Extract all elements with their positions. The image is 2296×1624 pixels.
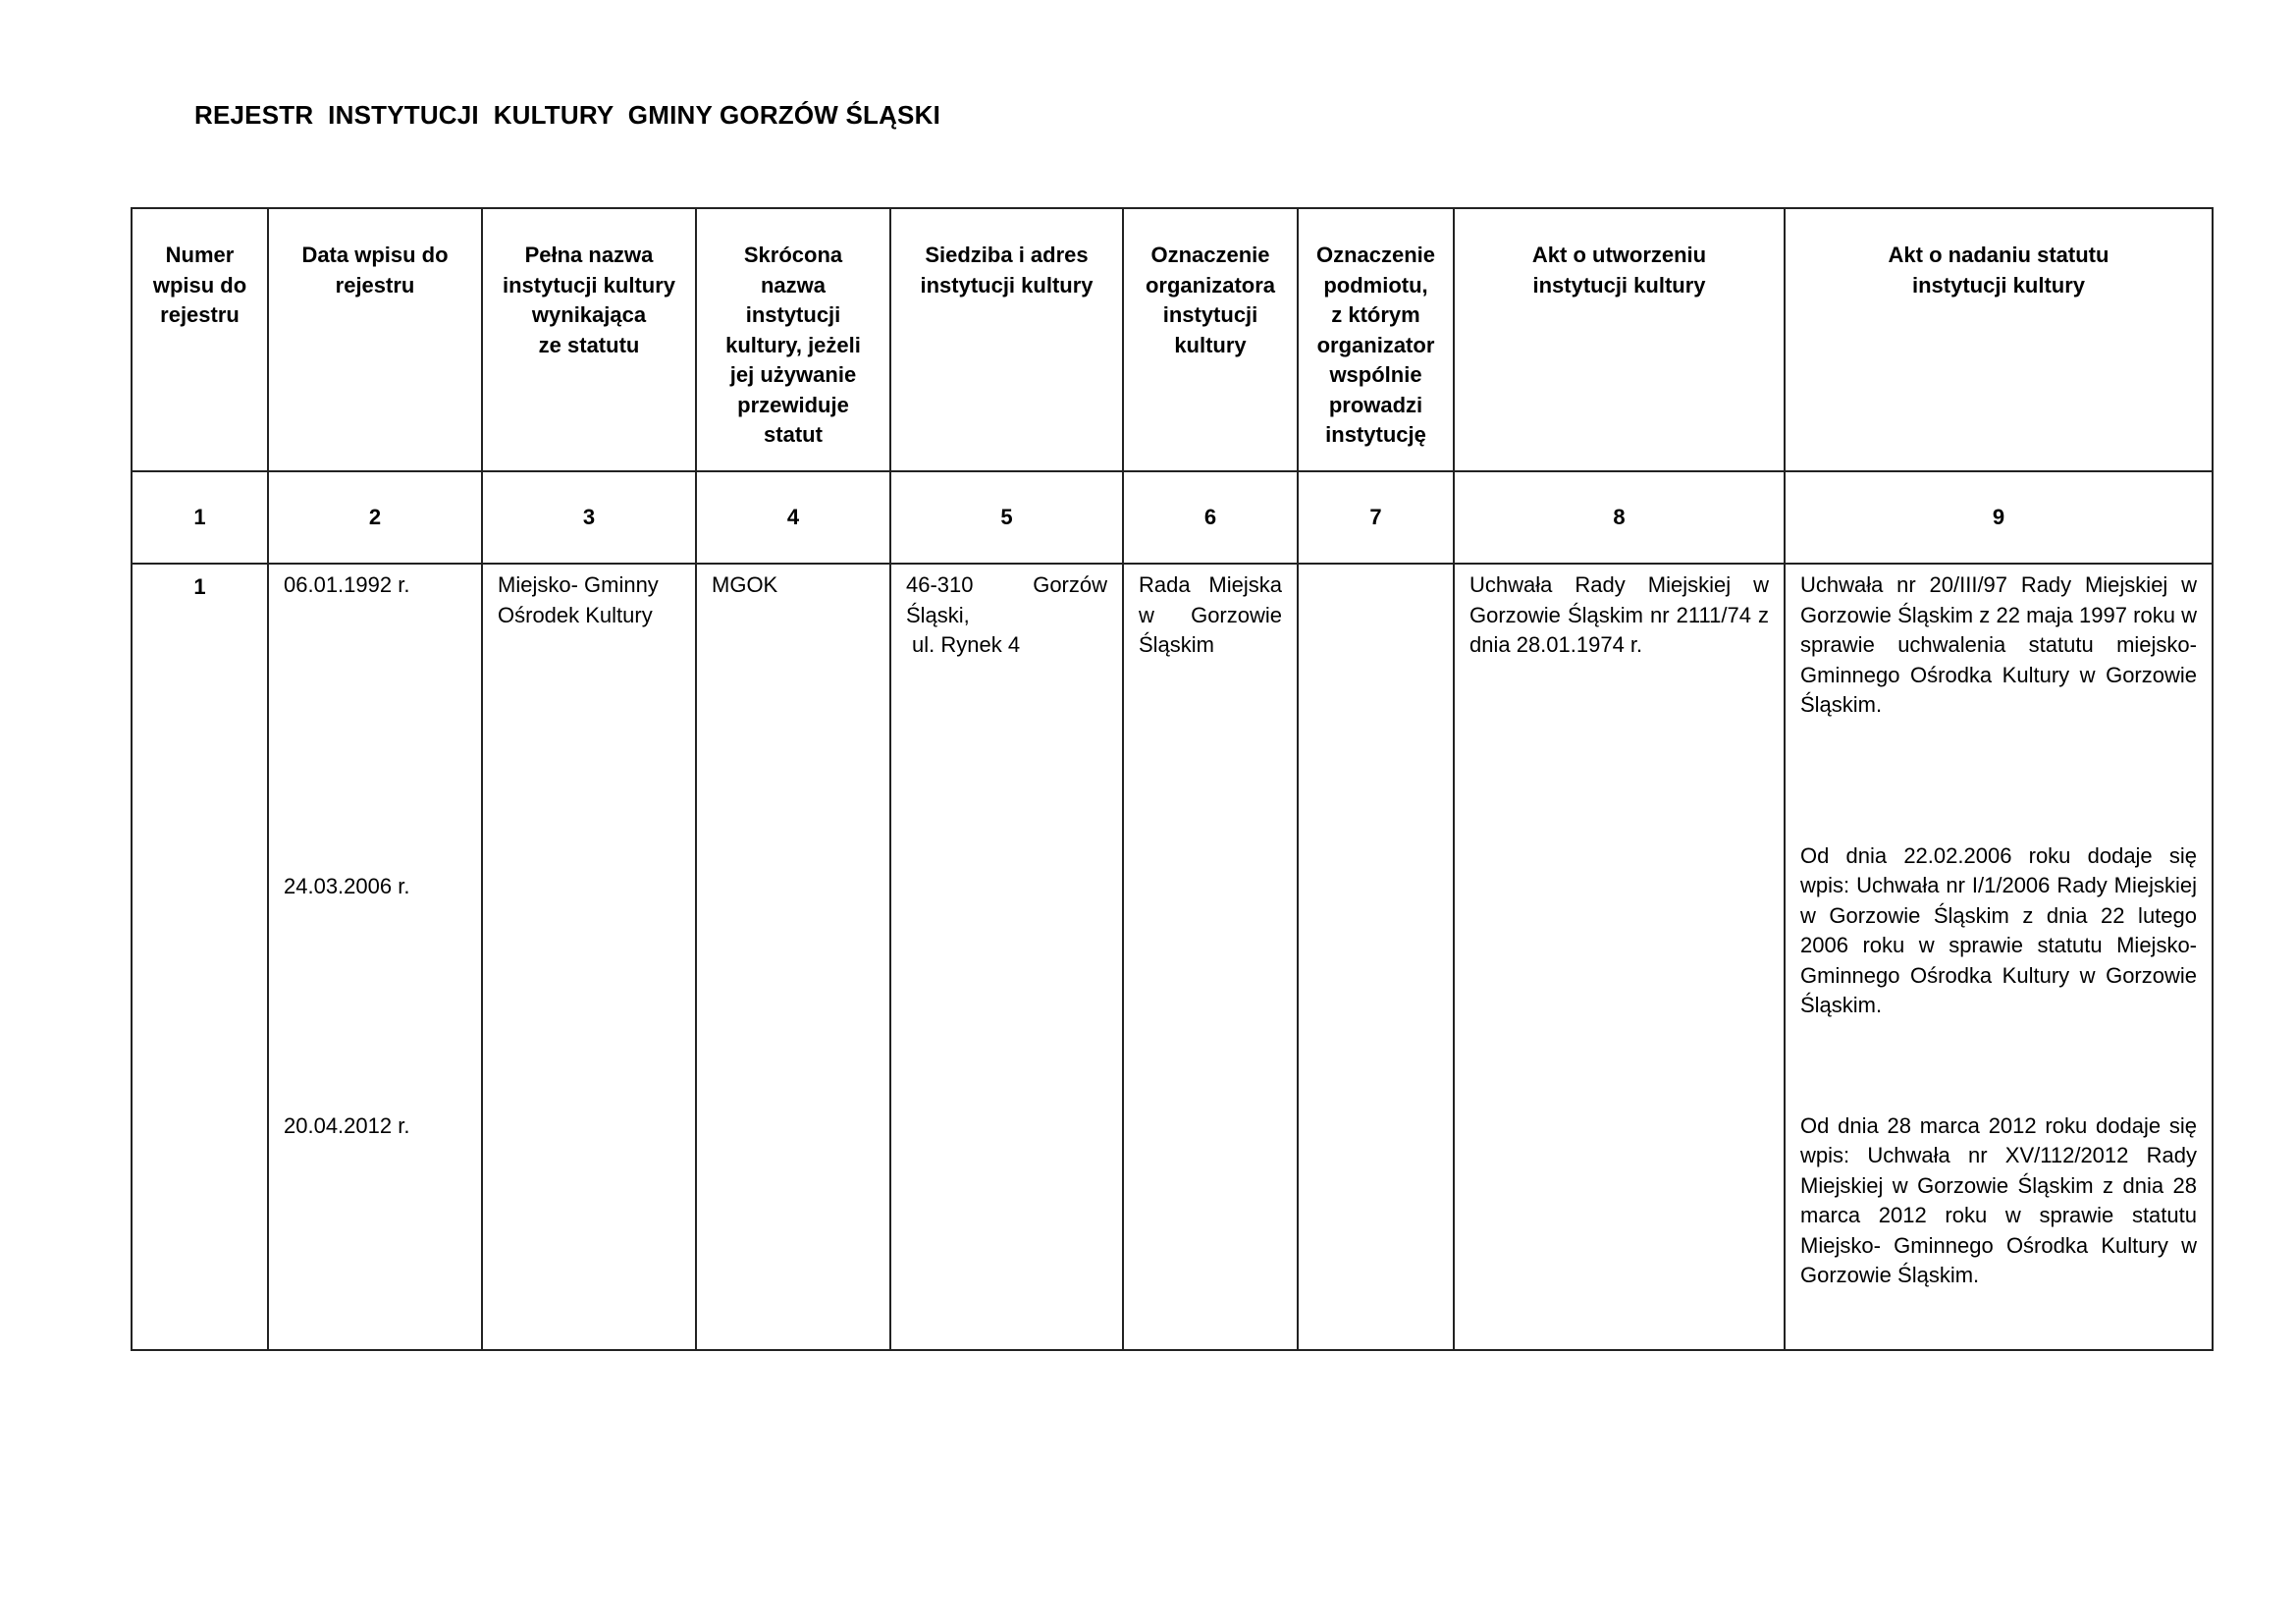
header-line: Oznaczenie (1130, 241, 1291, 271)
header-line: wspólnie (1305, 360, 1447, 391)
city-suffix: Śląski, (906, 601, 1107, 631)
header-line: Oznaczenie (1305, 241, 1447, 271)
header-line: Data wpisu do (275, 241, 475, 271)
entry-date: 24.03.2006 r. (284, 872, 466, 902)
header-line: Siedziba i adres (897, 241, 1116, 271)
header-line: rejestru (138, 300, 261, 331)
organizer: Rada Miejska w Gorzowie Śląskim (1123, 564, 1298, 1350)
institutions-register-table: Numerwpisu dorejestru Data wpisu dorejes… (131, 207, 2214, 1351)
header-line: instytucji kultury (1461, 271, 1778, 301)
header-line: instytucji kultury (489, 271, 689, 301)
header-full-name: Pełna nazwainstytucji kulturywynikającaz… (482, 208, 696, 471)
header-line: instytucji (703, 300, 883, 331)
address-cell: 46-310 Gorzów Śląski, ul. Rynek 4 (890, 564, 1123, 1350)
header-line: kultury, jeżeli (703, 331, 883, 361)
header-creation-act: Akt o utworzeniuinstytucji kultury (1454, 208, 1785, 471)
header-line: Akt o nadaniu statutu (1791, 241, 2206, 271)
entry-number: 1 (132, 564, 268, 1350)
postal-code: 46-310 (906, 570, 974, 601)
header-line: prowadzi (1305, 391, 1447, 421)
header-co-organizer: Oznaczeniepodmiotu,z którymorganizatorws… (1298, 208, 1454, 471)
header-line: przewiduje (703, 391, 883, 421)
header-line: organizatora (1130, 271, 1291, 301)
header-short-name: Skróconanazwainstytucjikultury, jeżelije… (696, 208, 890, 471)
column-number: 3 (482, 471, 696, 564)
entry-date: 06.01.1992 r. (284, 570, 466, 601)
table-row: 1 06.01.1992 r. 24.03.2006 r. 20.04.2012… (132, 564, 2213, 1350)
entry-dates-cell: 06.01.1992 r. 24.03.2006 r. 20.04.2012 r… (268, 564, 482, 1350)
header-line: rejestru (275, 271, 475, 301)
column-number: 1 (132, 471, 268, 564)
header-address: Siedziba i adresinstytucji kultury (890, 208, 1123, 471)
column-number: 5 (890, 471, 1123, 564)
short-name: MGOK (696, 564, 890, 1350)
header-line: podmiotu, (1305, 271, 1447, 301)
column-number-row: 1 2 3 4 5 6 7 8 9 (132, 471, 2213, 564)
column-number: 7 (1298, 471, 1454, 564)
header-line: wynikająca (489, 300, 689, 331)
header-line: instytucję (1305, 420, 1447, 451)
column-number: 2 (268, 471, 482, 564)
column-number: 8 (1454, 471, 1785, 564)
statute-act: Od dnia 22.02.2006 roku dodaje się wpis:… (1800, 841, 2197, 1021)
header-statute-act: Akt o nadaniu statutuinstytucji kultury (1785, 208, 2213, 471)
header-row: Numerwpisu dorejestru Data wpisu dorejes… (132, 208, 2213, 471)
header-line: nazwa (703, 271, 883, 301)
street: ul. Rynek 4 (906, 630, 1107, 661)
header-line: Akt o utworzeniu (1461, 241, 1778, 271)
header-line: kultury (1130, 331, 1291, 361)
header-line: statut (703, 420, 883, 451)
header-line: z którym (1305, 300, 1447, 331)
column-number: 6 (1123, 471, 1298, 564)
header-line: jej używanie (703, 360, 883, 391)
statute-acts-cell: Uchwała nr 20/III/97 Rady Miejskiej w Go… (1785, 564, 2213, 1350)
header-line: Numer (138, 241, 261, 271)
creation-act: Uchwała Rady Miejskiej w Gorzowie Śląski… (1454, 564, 1785, 1350)
header-line: instytucji kultury (1791, 271, 2206, 301)
column-number: 9 (1785, 471, 2213, 564)
document-title: REJESTR INSTYTUCJI KULTURY GMINY GORZÓW … (194, 100, 940, 131)
header-line: Skrócona (703, 241, 883, 271)
header-line: instytucji (1130, 300, 1291, 331)
entry-date: 20.04.2012 r. (284, 1111, 466, 1142)
column-number: 4 (696, 471, 890, 564)
header-line: ze statutu (489, 331, 689, 361)
co-organizer (1298, 564, 1454, 1350)
header-entry-date: Data wpisu dorejestru (268, 208, 482, 471)
header-line: Pełna nazwa (489, 241, 689, 271)
full-name: Miejsko- Gminny Ośrodek Kultury (482, 564, 696, 1350)
header-line: wpisu do (138, 271, 261, 301)
header-organizer: Oznaczenieorganizatorainstytucjikultury (1123, 208, 1298, 471)
statute-act: Od dnia 28 marca 2012 roku dodaje się wp… (1800, 1111, 2197, 1291)
header-line: organizator (1305, 331, 1447, 361)
city: Gorzów (1033, 570, 1107, 601)
header-line: instytucji kultury (897, 271, 1116, 301)
header-entry-number: Numerwpisu dorejestru (132, 208, 268, 471)
statute-act: Uchwała nr 20/III/97 Rady Miejskiej w Go… (1800, 570, 2197, 721)
